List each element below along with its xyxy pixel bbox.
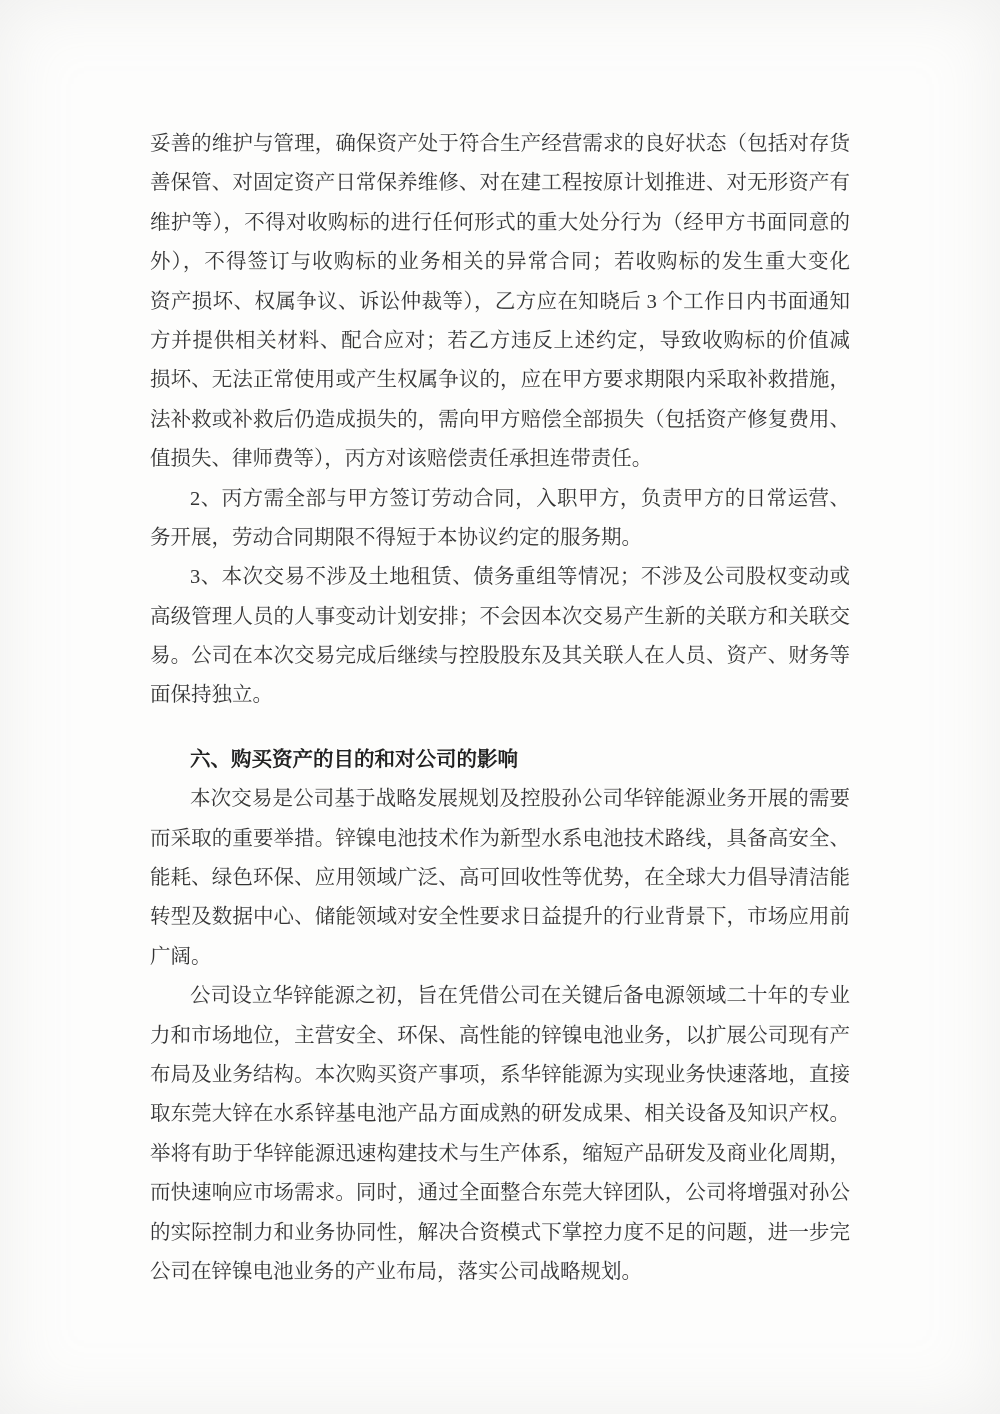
text-line: 能耗、绿色环保、应用领域广泛、高可回收性等优势，在全球大力倡导清洁能源 — [150, 859, 850, 898]
text-line: 损坏、无法正常使用或产生权属争议的，应在甲方要求期限内采取补救措施，无 — [150, 361, 850, 400]
text-line: 妥善的维护与管理，确保资产处于符合生产经营需求的良好状态（包括对存货妥 — [150, 125, 850, 164]
text-line: 面保持独立。 — [150, 676, 850, 715]
text-line: 取东莞大锌在水系锌基电池产品方面成熟的研发成果、相关设备及知识产权。此 — [150, 1095, 850, 1134]
text-line: 而采取的重要举措。锌镍电池技术作为新型水系电池技术路线，具备高安全、低 — [150, 820, 850, 859]
text-line: 方并提供相关材料、配合应对；若乙方违反上述约定，导致收购标的价值减少、 — [150, 322, 850, 361]
text-line: 转型及数据中心、储能领域对安全性要求日益提升的行业背景下，市场应用前景 — [150, 898, 850, 937]
text-line: 本次交易是公司基于战略发展规划及控股孙公司华锌能源业务开展的需要 — [150, 780, 850, 819]
text-line: 的实际控制力和业务协同性，解决合资模式下掌控力度不足的问题，进一步完善 — [150, 1214, 850, 1253]
text-line: 外），不得签订与收购标的业务相关的异常合同；若收购标的发生重大变化（如 — [150, 243, 850, 282]
text-line: 举将有助于华锌能源迅速构建技术与生产体系，缩短产品研发及商业化周期，从 — [150, 1135, 850, 1174]
text-line: 公司设立华锌能源之初，旨在凭借公司在关键后备电源领域二十年的专业能 — [150, 977, 850, 1016]
text-line: 广阔。 — [150, 938, 850, 977]
text-line: 3、本次交易不涉及土地租赁、债务重组等情况；不涉及公司股权变动或者 — [150, 558, 850, 597]
text-line: 资产损坏、权属争议、诉讼仲裁等），乙方应在知晓后 3 个工作日内书面通知甲 — [150, 283, 850, 322]
text-line: 布局及业务结构。本次购买资产事项，系华锌能源为实现业务快速落地，直接获 — [150, 1056, 850, 1095]
text-line: 而快速响应市场需求。同时，通过全面整合东莞大锌团队，公司将增强对孙公司 — [150, 1174, 850, 1213]
text-line: 公司在锌镍电池业务的产业布局，落实公司战略规划。 — [150, 1253, 850, 1292]
text-line: 善保管、对固定资产日常保养维修、对在建工程按原计划推进、对无形资产有效 — [150, 164, 850, 203]
text-line: 力和市场地位，主营安全、环保、高性能的锌镍电池业务，以扩展公司现有产业 — [150, 1017, 850, 1056]
text-line: 务开展，劳动合同期限不得短于本协议约定的服务期。 — [150, 519, 850, 558]
text-line: 高级管理人员的人事变动计划安排；不会因本次交易产生新的关联方和关联交 — [150, 598, 850, 637]
document-page: 妥善的维护与管理，确保资产处于符合生产经营需求的良好状态（包括对存货妥善保管、对… — [0, 0, 1000, 1414]
section-heading: 六、购买资产的目的和对公司的影响 — [150, 741, 850, 780]
text-line: 值损失、律师费等），丙方对该赔偿责任承担连带责任。 — [150, 440, 850, 479]
text-line: 2、丙方需全部与甲方签订劳动合同，入职甲方，负责甲方的日常运营、业 — [150, 480, 850, 519]
text-line: 法补救或补救后仍造成损失的，需向甲方赔偿全部损失（包括资产修复费用、减 — [150, 401, 850, 440]
text-line: 维护等），不得对收购标的进行任何形式的重大处分行为（经甲方书面同意的除 — [150, 204, 850, 243]
text-line: 易。公司在本次交易完成后继续与控股股东及其关联人在人员、资产、财务等方 — [150, 637, 850, 676]
document-body: 妥善的维护与管理，确保资产处于符合生产经营需求的良好状态（包括对存货妥善保管、对… — [150, 125, 850, 1292]
